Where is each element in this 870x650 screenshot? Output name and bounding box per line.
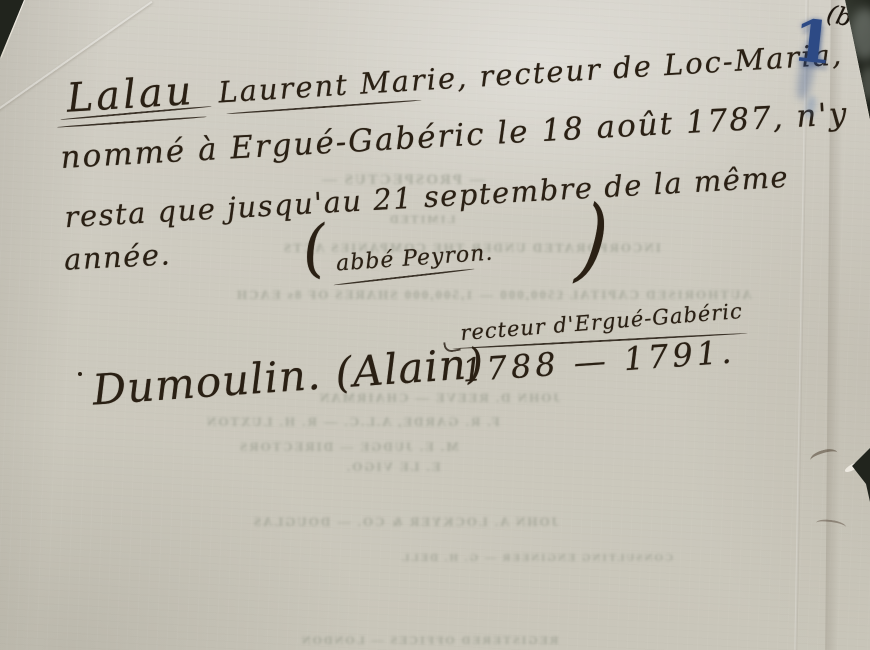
bleedthrough-print-line: JOHN A. LOCKYER & CO. — DOUGLAS [252, 514, 558, 530]
manuscript-paper: — PROSPECTUS — LIMITED INCORPORATED UNDE… [0, 0, 870, 650]
ink-dot [78, 372, 82, 376]
paper-edge-highlight [0, 0, 25, 58]
bleedthrough-print-line: E. LE VIGO. [345, 459, 440, 475]
tear-mark [809, 446, 839, 466]
tear-mark [815, 518, 846, 532]
bleedthrough-print-line: F. R. GARDE, A.L.C. — R. H. LUXTON [205, 414, 499, 430]
entry-line-4: année. [63, 237, 172, 277]
entry-line-1-rest: Laurent Marie, recteur de Loc-Maria, [217, 37, 844, 109]
tear-highlight [844, 460, 863, 474]
bleedthrough-print-line: CONSULTING ENGINEER — G. H. DELL [400, 552, 673, 564]
attribution-paren-open: ( [298, 211, 330, 286]
photograph-of-document: — PROSPECTUS — LIMITED INCORPORATED UNDE… [0, 0, 870, 650]
bleedthrough-print-line: M. E. JUDGE — DIRECTORS [238, 439, 459, 455]
bleedthrough-print-line: REGISTERED OFFICES — LONDON [300, 633, 558, 648]
bleedthrough-print-line: AUTHORISED CAPITAL £500,000 — 1,500,000 … [235, 287, 752, 303]
